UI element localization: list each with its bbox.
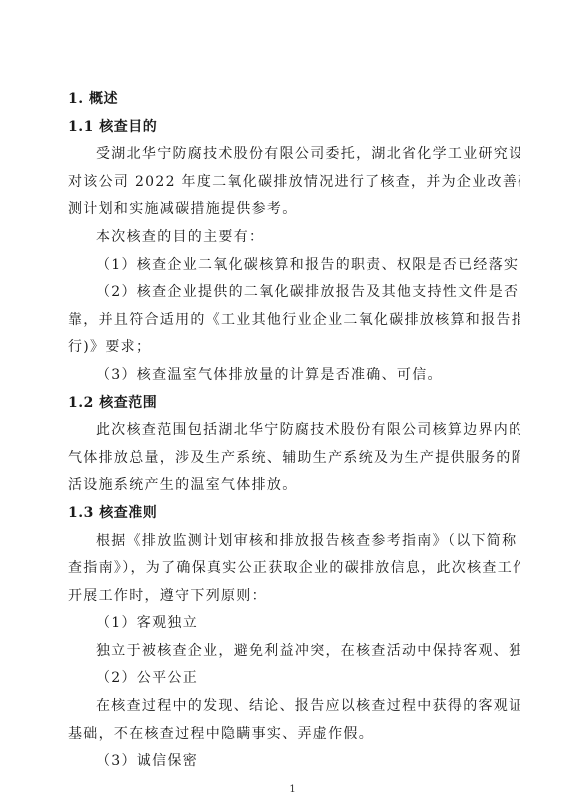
heading-verification-purpose: 1.1 核查目的 — [68, 114, 520, 142]
list-item: （1）核查企业二氧化碳核算和报告的职责、权限是否已经落实； — [68, 252, 520, 280]
list-item: （2）核查企业提供的二氧化碳排放报告及其他支持性文件是否完整可 — [68, 279, 520, 307]
paragraph-line: 受湖北华宁防腐技术股份有限公司委托，湖北省化学工业研究设计院 — [68, 141, 520, 169]
list-item: （3）核查温室气体排放量的计算是否准确、可信。 — [68, 362, 520, 390]
heading-overview: 1. 概述 — [68, 86, 520, 114]
paragraph-line: 开展工作时，遵守下列原则： — [68, 583, 520, 611]
principle-title: （1）客观独立 — [68, 610, 520, 638]
principle-text: 在核查过程中的发现、结论、报告应以核查过程中获得的客观证据为 — [68, 693, 520, 721]
paragraph-line: 查指南》），为了确保真实公正获取企业的碳排放信息，此次核查工作在 — [68, 555, 520, 583]
heading-verification-scope: 1.2 核查范围 — [68, 390, 520, 418]
principle-text: 独立于被核查企业，避免利益冲突，在核查活动中保持客观、独立。 — [68, 638, 520, 666]
list-item-continuation: 靠，并且符合适用的《工业其他行业企业二氧化碳排放核算和报告指南(试 — [68, 307, 520, 335]
paragraph-line: 根据《排放监测计划审核和排放报告核查参考指南》（以下简称《核 — [68, 528, 520, 556]
paragraph-line: 对该公司 2022 年度二氧化碳排放情况进行了核查，并为企业改善碳排放监 — [68, 169, 520, 197]
paragraph-line: 气体排放总量，涉及生产系统、辅助生产系统及为生产提供服务的附属生 — [68, 445, 520, 473]
principle-title: （2）公平公正 — [68, 665, 520, 693]
paragraph-line: 本次核查的目的主要有： — [68, 224, 520, 252]
document-page: 1. 概述 1.1 核查目的 受湖北华宁防腐技术股份有限公司委托，湖北省化学工业… — [68, 86, 520, 776]
heading-verification-criteria: 1.3 核查准则 — [68, 500, 520, 528]
paragraph-line: 测计划和实施减碳措施提供参考。 — [68, 196, 520, 224]
principle-text: 基础，不在核查过程中隐瞒事实、弄虚作假。 — [68, 721, 520, 749]
principle-title: （3）诚信保密 — [68, 748, 520, 776]
paragraph-line: 活设施系统产生的温室气体排放。 — [68, 472, 520, 500]
list-item-continuation: 行)》要求； — [68, 334, 520, 362]
paragraph-line: 此次核查范围包括湖北华宁防腐技术股份有限公司核算边界内的温室 — [68, 417, 520, 445]
page-number: 1 — [0, 784, 585, 795]
